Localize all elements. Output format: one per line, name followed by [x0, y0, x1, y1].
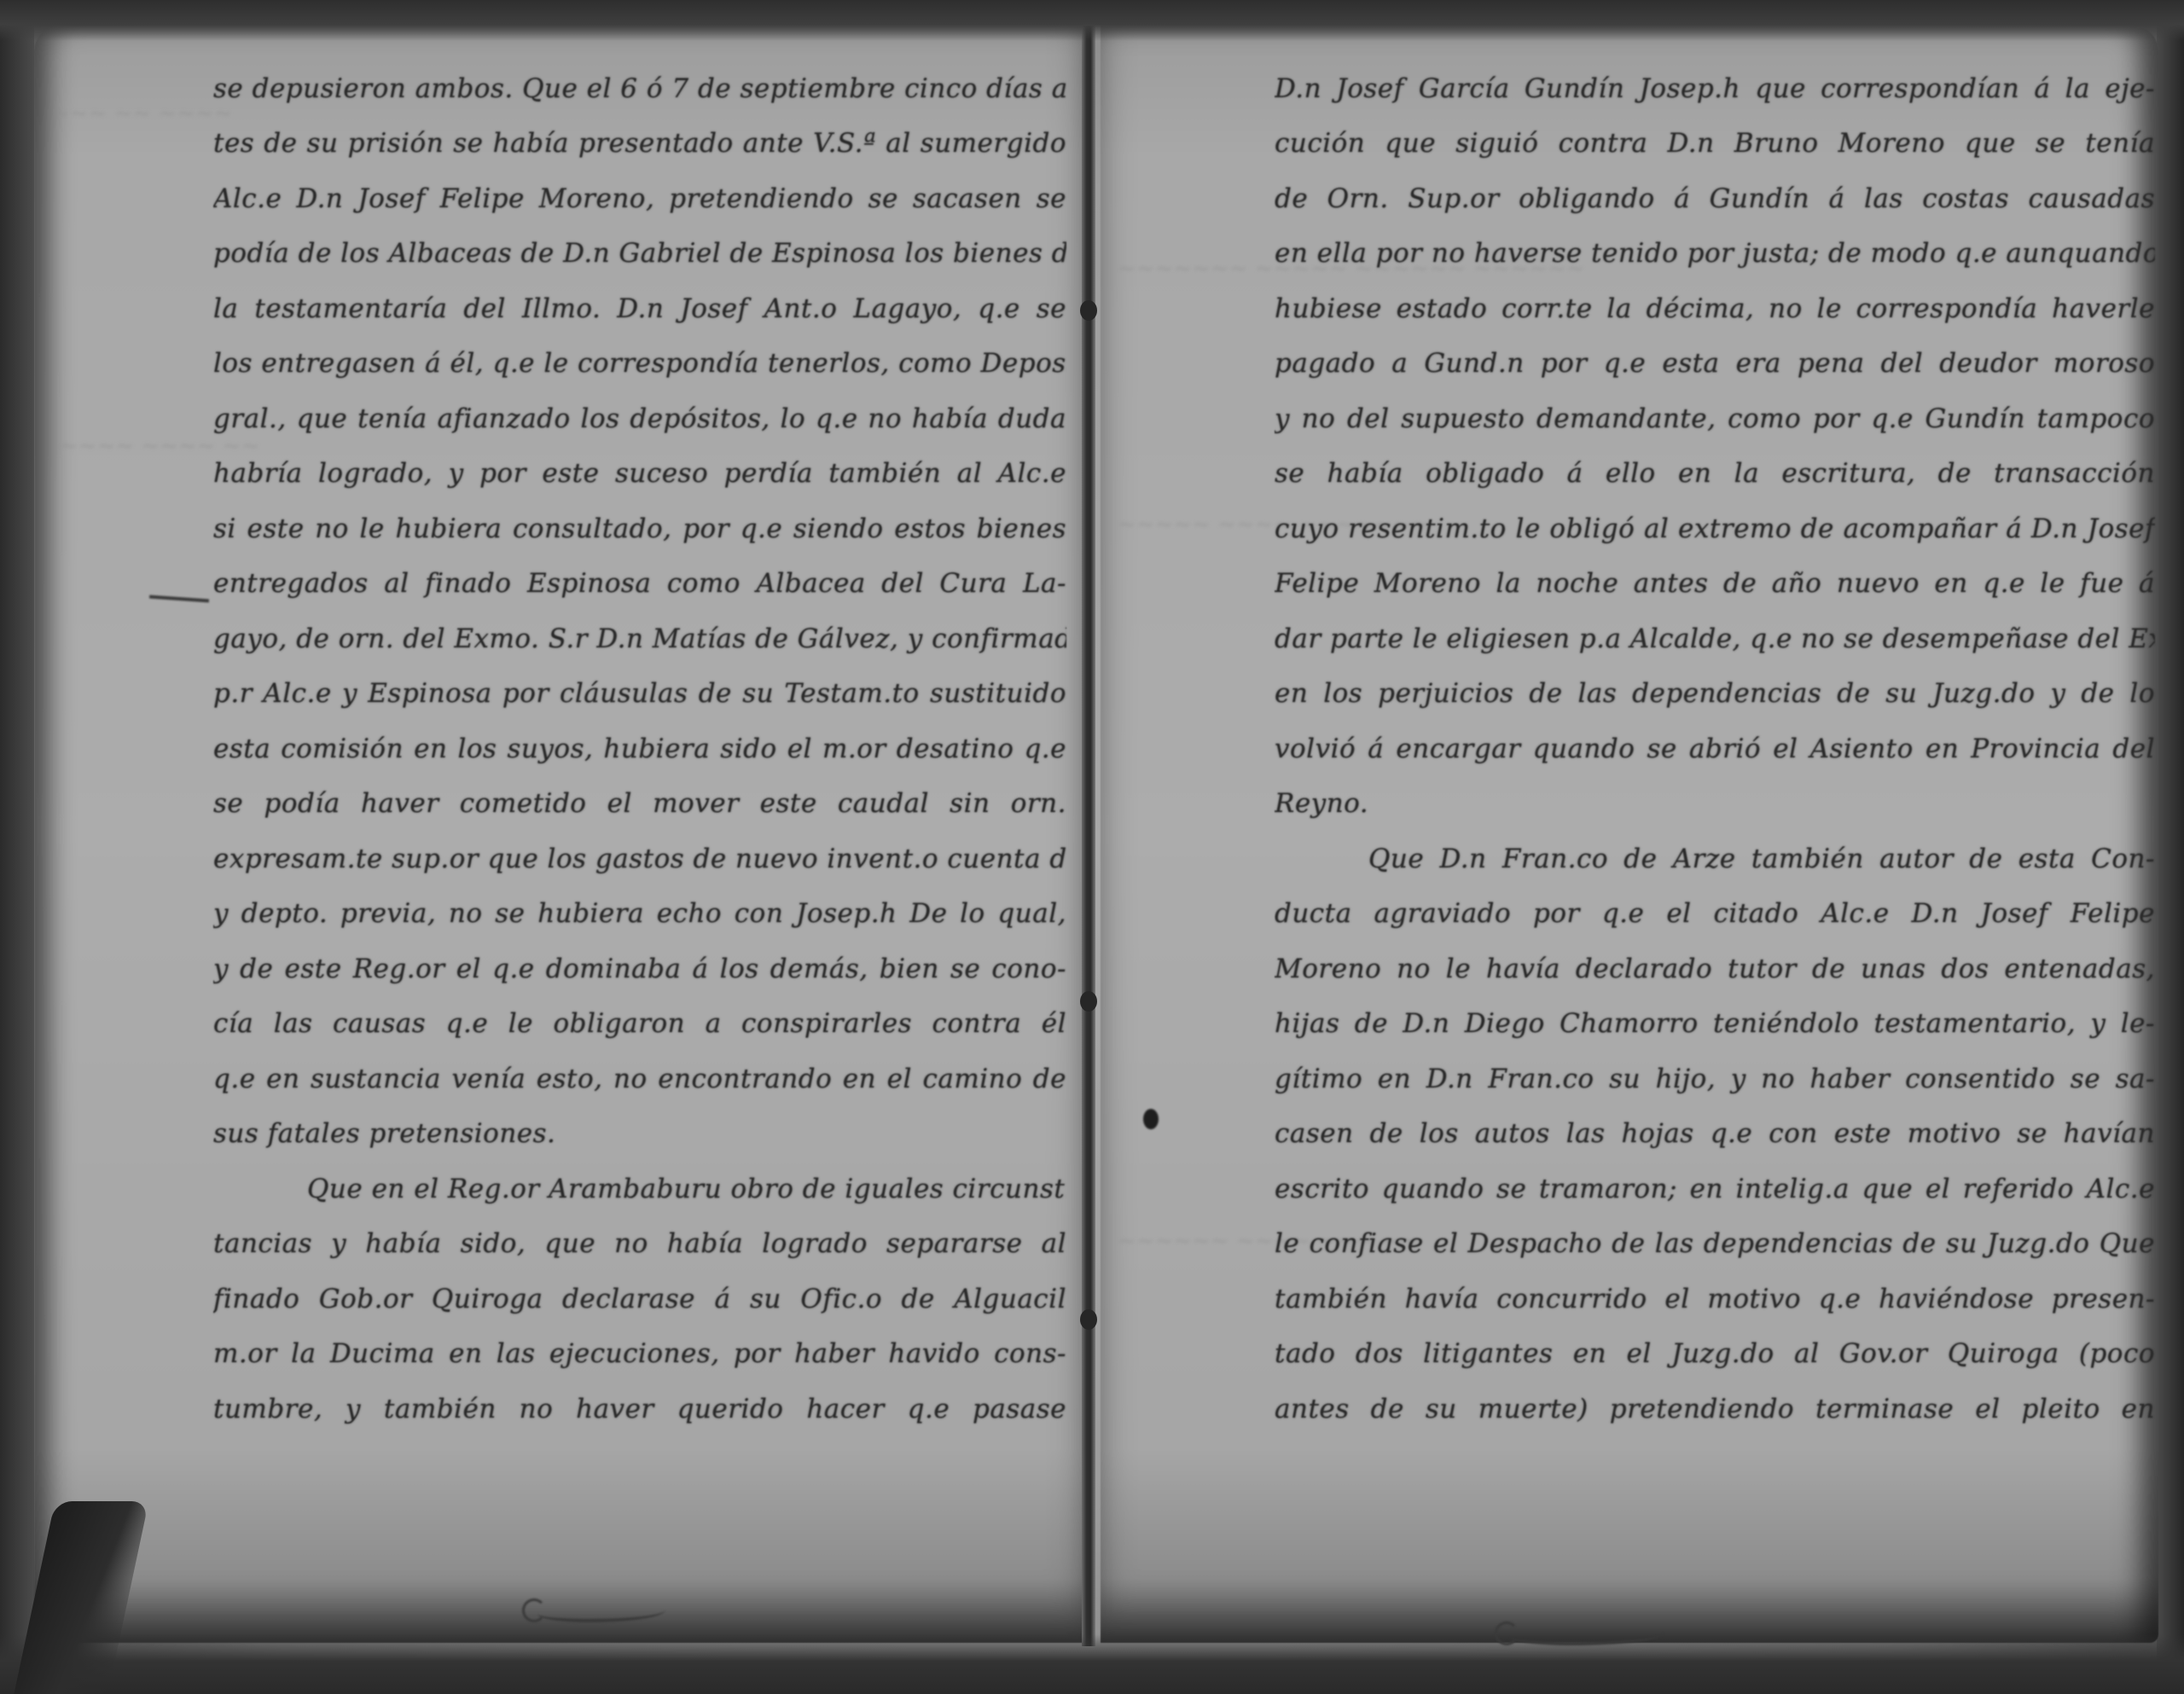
text-line: q.e en sustancia venía esto, no encontra… — [213, 1052, 1066, 1106]
text-line: le confiase el Despacho de las dependenc… — [1275, 1216, 2155, 1271]
text-line: se depusieron ambos. Que el 6 ó 7 de sep… — [213, 61, 1066, 116]
binding-hole — [1080, 991, 1097, 1012]
text-line: m.or la Ducima en las ejecuciones, por h… — [213, 1326, 1066, 1381]
scan-top-shadow — [0, 0, 2184, 41]
binding-hole — [1080, 300, 1097, 321]
binding-hole — [1080, 1309, 1097, 1330]
text-line: ducta agraviado por q.e el citado Alc.e … — [1275, 886, 2155, 941]
book-edge-right — [2157, 0, 2184, 1694]
text-line: se había obligado á ello en la escritura… — [1275, 446, 2155, 501]
text-line: gítimo en D.n Fran.co su hijo, y no habe… — [1275, 1052, 2155, 1106]
paragraph-start-line: Que D.n Fran.co de Arze también autor de… — [1275, 832, 2155, 886]
text-line: pagado a Gund.n por q.e esta era pena de… — [1275, 336, 2155, 391]
text-line: hijas de D.n Diego Chamorro teniéndolo t… — [1275, 996, 2155, 1051]
text-line: también havía concurrido el motivo q.e h… — [1275, 1272, 2155, 1326]
ink-blot — [1143, 1109, 1159, 1129]
text-line: cución que siguió contra D.n Bruno Moren… — [1275, 116, 2155, 171]
text-line: cuyo resentim.to le obligó al extremo de… — [1275, 502, 2155, 556]
text-line: tumbre, y también no haver querido hacer… — [213, 1382, 1066, 1436]
paragraph-start-line: Que en el Reg.or Arambaburu obro de igua… — [213, 1162, 1066, 1216]
text-line: hubiese estado corr.te la décima, no le … — [1275, 281, 2155, 336]
text-line: tes de su prisión se había presentado an… — [213, 116, 1066, 171]
text-line: gayo, de orn. del Exmo. S.r D.n Matías d… — [213, 612, 1066, 666]
text-line: p.r Alc.e y Espinosa por cláusulas de su… — [213, 666, 1066, 721]
text-line: de Orn. Sup.or obligando á Gundín á las … — [1275, 171, 2155, 226]
scan-bottom-shadow — [0, 1634, 2184, 1694]
text-line: esta comisión en los suyos, hubiera sido… — [213, 722, 1066, 776]
text-line: dar parte le eligiesen p.a Alcalde, q.e … — [1275, 612, 2155, 666]
text-line: expresam.te sup.or que los gastos de nue… — [213, 832, 1066, 886]
text-line: se podía haver cometido el mover este ca… — [213, 776, 1066, 831]
text-line: y de este Reg.or el q.e dominaba á los d… — [213, 942, 1066, 996]
text-line: D.n Josef García Gundín Josep.h que corr… — [1275, 61, 2155, 116]
text-line: casen de los autos las hojas q.e con est… — [1275, 1106, 2155, 1161]
text-line: en ella por no haverse tenido por justa;… — [1275, 226, 2155, 281]
text-line: finado Gob.or Quiroga declarase á su Ofi… — [213, 1272, 1066, 1326]
text-line: escrito quando se tramaron; en intelig.a… — [1275, 1162, 2155, 1216]
bleed-through-text: ~~~ ~~ ~~~~ — [51, 101, 233, 126]
text-line: sus fatales pretensiones. — [213, 1106, 1066, 1161]
text-line: tado dos litigantes en el Juzg.do al Gov… — [1275, 1326, 2155, 1381]
text-line: habría logrado, y por este suceso perdía… — [213, 446, 1066, 501]
text-line: en los perjuicios de las dependencias de… — [1275, 666, 2155, 721]
text-line: Moreno no le havía declarado tutor de un… — [1275, 942, 2155, 996]
text-line: y no del supuesto demandante, como por q… — [1275, 392, 2155, 446]
text-line: y depto. previa, no se hubiera echo con … — [213, 886, 1066, 941]
text-line: antes de su muerte) pretendiendo termina… — [1275, 1382, 2155, 1436]
text-line: cía las causas q.e le obligaron a conspi… — [213, 996, 1066, 1051]
text-line: Felipe Moreno la noche antes de año nuev… — [1275, 556, 2155, 611]
text-line: la testamentaría del Illmo. D.n Josef An… — [213, 281, 1066, 336]
text-line: tancias y había sido, que no había logra… — [213, 1216, 1066, 1271]
text-line: entregados al finado Espinosa como Albac… — [213, 556, 1066, 611]
text-line: si este no le hubiera consultado, por q.… — [213, 502, 1066, 556]
text-line: Reyno. — [1275, 776, 2155, 831]
text-line: volvió á encargar quando se abrió el Asi… — [1275, 722, 2155, 776]
text-line: Alc.e D.n Josef Felipe Moreno, pretendie… — [213, 171, 1066, 226]
text-line: los entregasen á él, q.e le correspondía… — [213, 336, 1066, 391]
book-gutter — [1082, 26, 1095, 1646]
book-edge-left — [0, 0, 34, 1694]
text-line: gral., que tenía afianzado los depósitos… — [213, 392, 1066, 446]
text-line: podía de los Albaceas de D.n Gabriel de … — [213, 226, 1066, 281]
